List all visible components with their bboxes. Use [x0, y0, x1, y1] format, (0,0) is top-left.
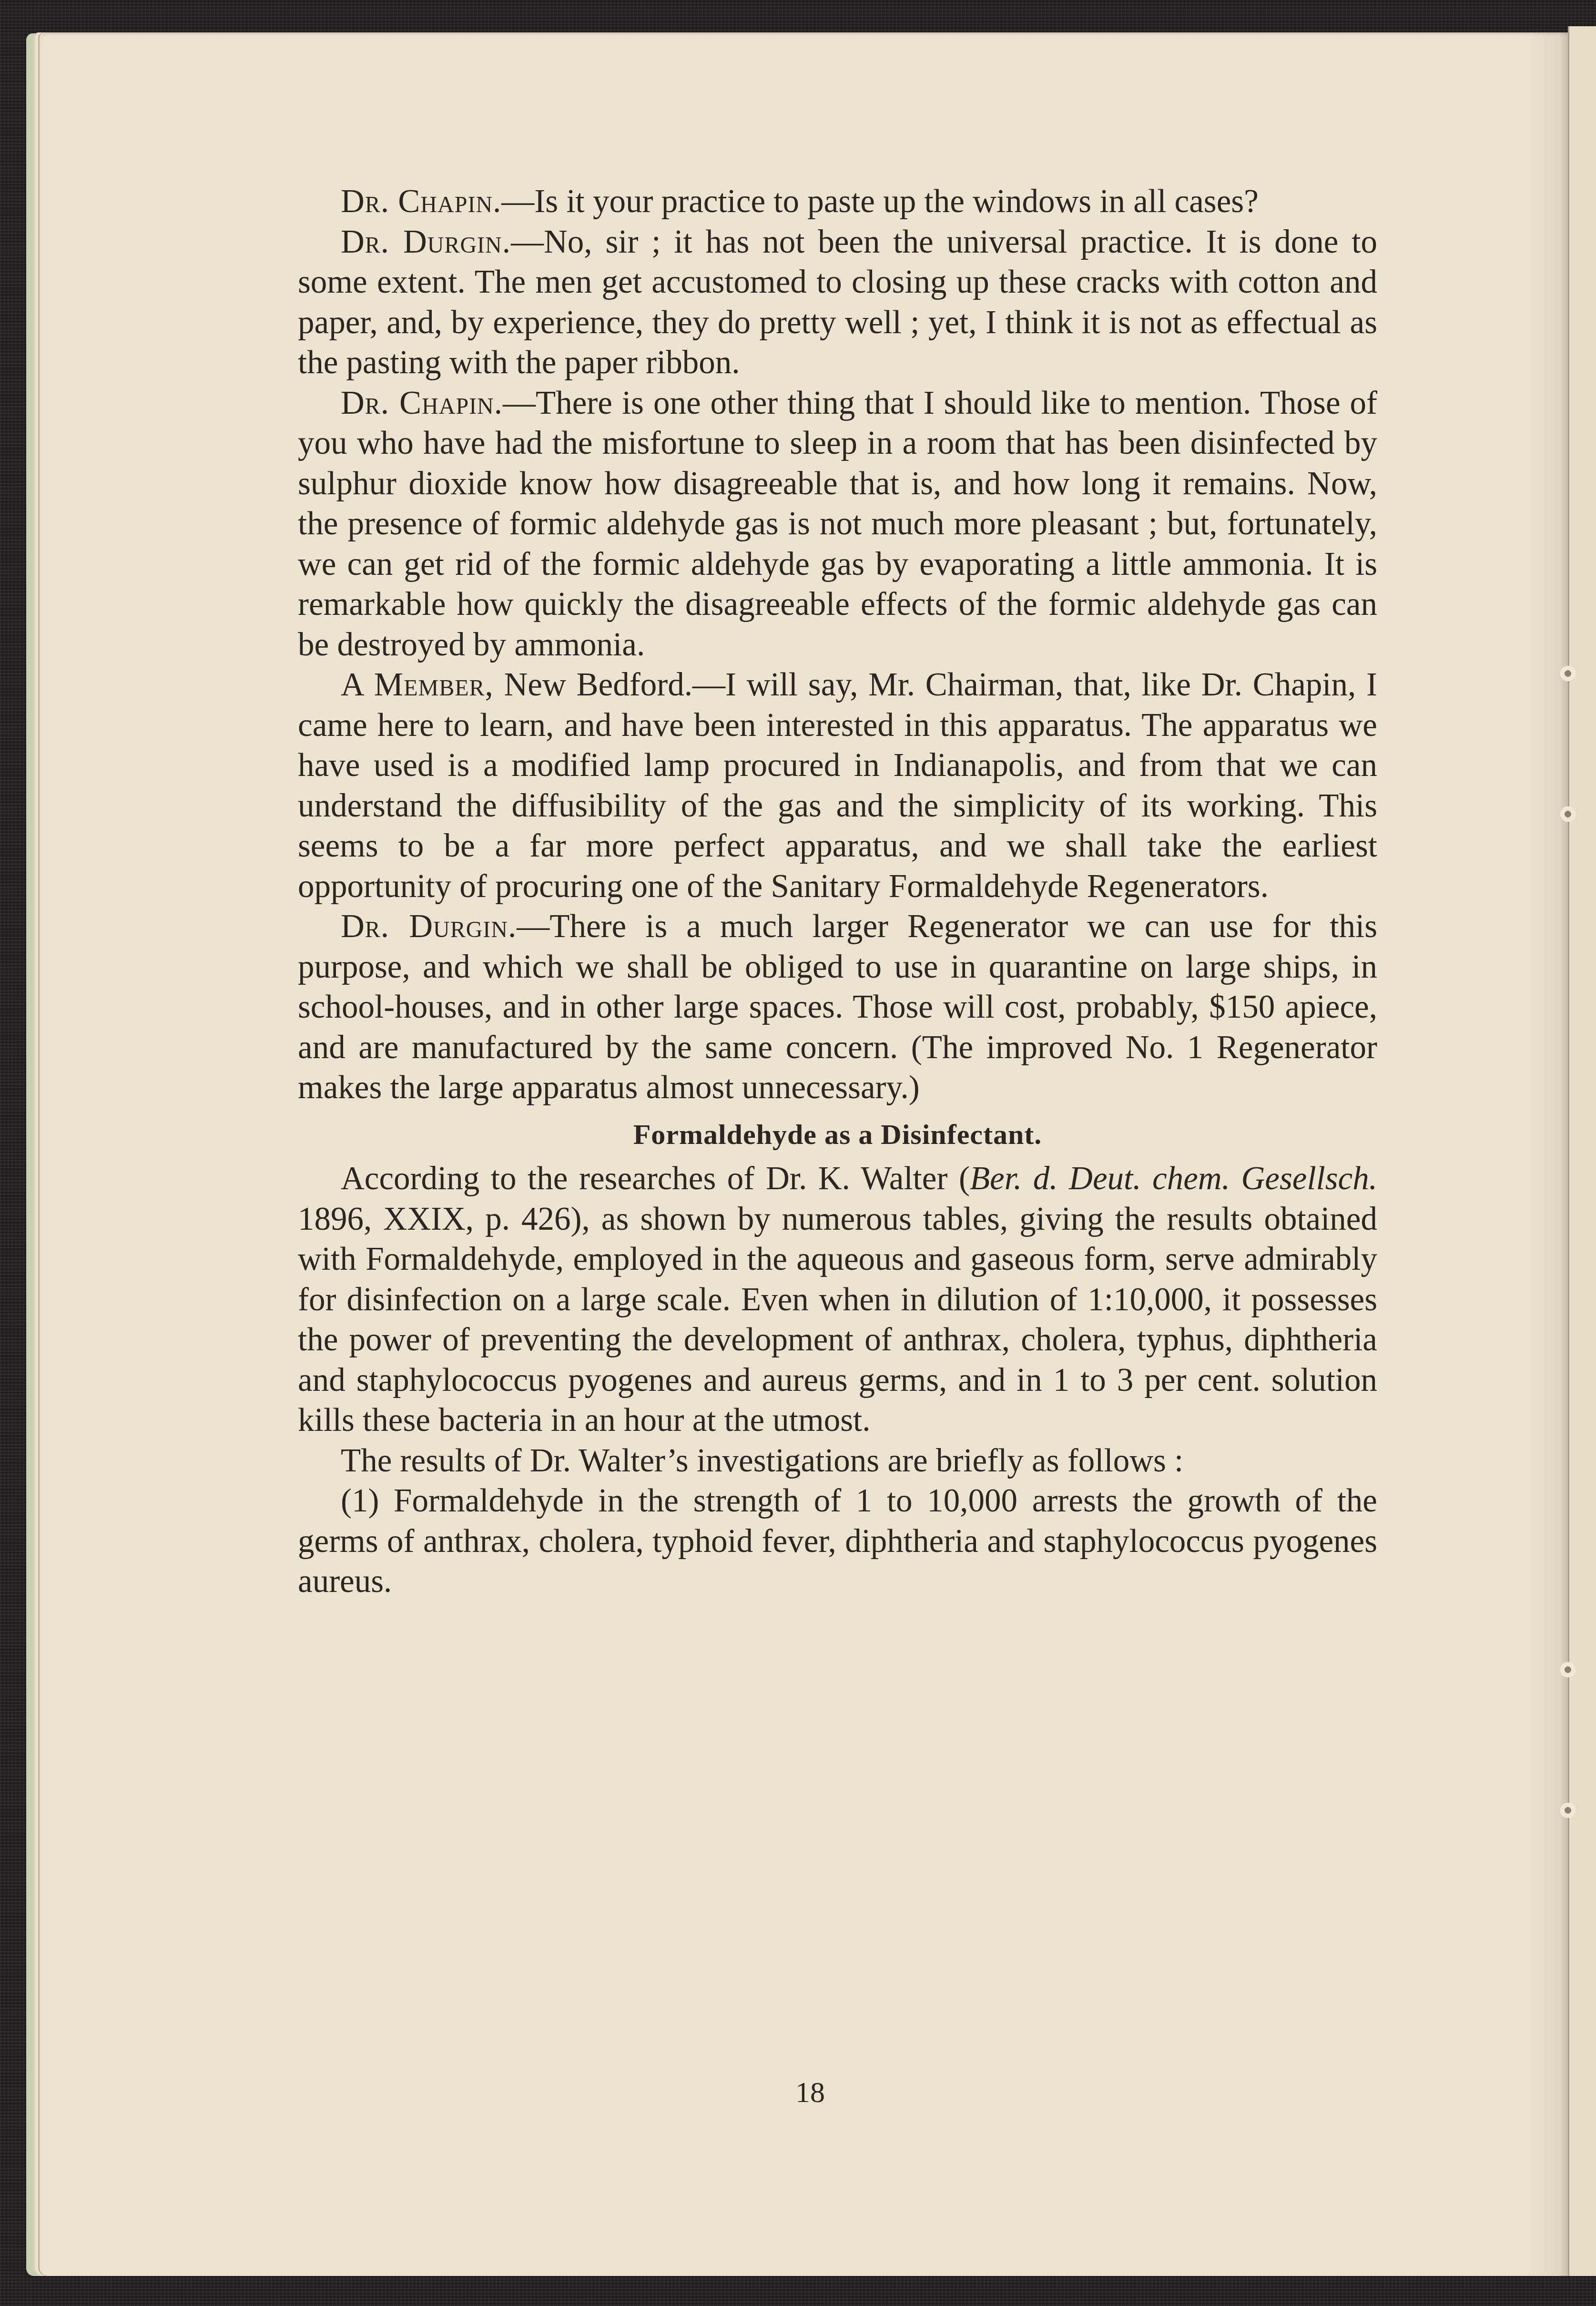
dialogue-paragraph: Dr. Chapin.—There is one other thing tha…	[298, 383, 1377, 665]
speaker-name: Dr. Durgin.	[341, 908, 517, 944]
speaker-name: Dr. Durgin.	[341, 224, 511, 260]
paragraph-text: —Is it your practice to paste up the win…	[501, 183, 1258, 219]
speaker-name: A Member,	[341, 666, 494, 703]
gutter-shadow	[1525, 32, 1568, 2276]
dialogue-paragraph: Dr. Durgin.—No, sir ; it has not been th…	[298, 222, 1377, 383]
speaker-name: Dr. Chapin.	[341, 183, 501, 219]
paragraph-text: 1896, XXIX, p. 426), as shown by numerou…	[298, 1201, 1377, 1439]
body-paragraph: The results of Dr. Walter’s investigatio…	[298, 1440, 1377, 1481]
paragraph-text: —There is one other thing that I should …	[298, 385, 1377, 663]
section-heading: Formaldehyde as a Disinfectant.	[298, 1114, 1377, 1155]
body-paragraph: (1) Formaldehyde in the strength of 1 to…	[298, 1480, 1377, 1602]
paragraph-lead: According to the researches of Dr. K. Wa…	[341, 1160, 970, 1196]
spine-fold	[1568, 26, 1596, 2276]
binding-stitch-icon	[1558, 1802, 1577, 1819]
page-text-block: Dr. Chapin.—Is it your practice to paste…	[298, 181, 1377, 1602]
body-paragraph: According to the researches of Dr. K. Wa…	[298, 1158, 1377, 1440]
page-number: 18	[772, 2076, 848, 2110]
binding-stitch-icon	[1558, 1661, 1577, 1678]
speaker-name: Dr. Chapin.	[341, 385, 503, 421]
citation-italic: Ber. d. Deut. chem. Gesellsch.	[970, 1160, 1377, 1196]
paragraph-text: The results of Dr. Walter’s investigatio…	[341, 1442, 1183, 1479]
binding-stitch-icon	[1558, 665, 1577, 682]
binding-stitch-icon	[1558, 806, 1577, 823]
dialogue-paragraph: Dr. Durgin.—There is a much larger Regen…	[298, 906, 1377, 1108]
paragraph-text: (1) Formaldehyde in the strength of 1 to…	[298, 1482, 1377, 1599]
dialogue-paragraph: A Member, New Bedford.—I will say, Mr. C…	[298, 664, 1377, 906]
dialogue-paragraph: Dr. Chapin.—Is it your practice to paste…	[298, 181, 1377, 222]
